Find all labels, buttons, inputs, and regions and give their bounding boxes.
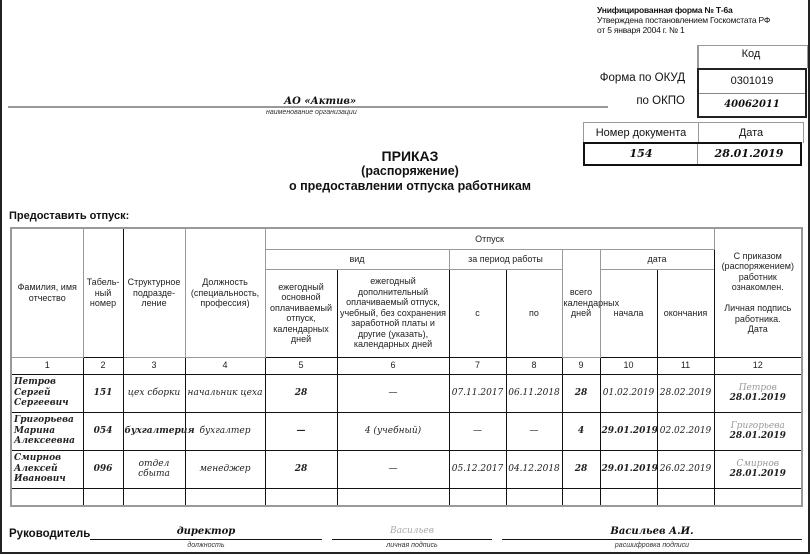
cell-annual-main[interactable]: —: [265, 412, 337, 450]
head-name[interactable]: Васильев А.И.: [502, 526, 802, 537]
cell-empty[interactable]: [449, 488, 506, 506]
header-ack-sig: Личная подпись работника.: [724, 303, 791, 324]
cell-annual-extra[interactable]: —: [337, 374, 449, 412]
col-num: 11: [657, 357, 714, 374]
cell-empty[interactable]: [714, 488, 802, 506]
grant-label: Предоставить отпуск:: [9, 210, 129, 222]
form-note: Унифицированная форма № Т-6а Утверждена …: [597, 5, 770, 35]
cell-annual-main[interactable]: 28: [265, 374, 337, 412]
employee-signature: Григорьева: [716, 421, 801, 432]
header-fio: Фамилия, имя отчество: [11, 228, 83, 357]
cell-end[interactable]: 28.02.2019: [657, 374, 714, 412]
vacation-table: Фамилия, имя отчество Табель-ный номер С…: [10, 227, 803, 507]
header-period: за период работы: [449, 249, 562, 269]
header-annual-extra: ежегодный дополнительный оплачиваемый от…: [337, 269, 449, 357]
col-num: 10: [600, 357, 657, 374]
codes-box: 0301019 40062011: [697, 68, 807, 118]
header-to: по: [506, 269, 562, 357]
cell-ack[interactable]: Григорьева28.01.2019: [714, 412, 802, 450]
col-num: 6: [337, 357, 449, 374]
cell-to[interactable]: —: [506, 412, 562, 450]
cell-tab-no[interactable]: 054: [83, 412, 123, 450]
cell-position[interactable]: начальник цеха: [185, 374, 265, 412]
cell-empty[interactable]: [123, 488, 185, 506]
cell-position[interactable]: бухгалтер: [185, 412, 265, 450]
cell-annual-main[interactable]: 28: [265, 450, 337, 488]
col-num: 5: [265, 357, 337, 374]
cell-tab-no[interactable]: 151: [83, 374, 123, 412]
col-num: 4: [185, 357, 265, 374]
head-label: Руководитель: [9, 528, 90, 540]
cell-ack[interactable]: Смирнов28.01.2019: [714, 450, 802, 488]
doc-number-label: Номер документа: [584, 123, 699, 143]
form-note-line2: Утверждена постановлением Госкомстата РФ: [597, 15, 770, 25]
cell-dept[interactable]: бухгалтерия: [123, 412, 185, 450]
cell-fio[interactable]: Смирнов Алексей Иванович: [11, 450, 83, 488]
doc-date-label: Дата: [699, 123, 803, 143]
col-num: 3: [123, 357, 185, 374]
col-num: 2: [83, 357, 123, 374]
header-ack-text: С приказом (распоряжением) работник озна…: [722, 251, 794, 293]
title-line3: о предоставлении отпуска работникам: [200, 179, 620, 194]
column-numbers-row: 1 2 3 4 5 6 7 8 9 10 11 12: [11, 357, 802, 374]
document-header: Номер документа Дата: [583, 122, 804, 143]
cell-empty[interactable]: [562, 488, 600, 506]
cell-fio[interactable]: Григорьева Марина Алексеевна: [11, 412, 83, 450]
page-title: ПРИКАЗ (распоряжение) о предоставлении о…: [200, 148, 620, 194]
name-line: [502, 539, 802, 540]
cell-annual-extra[interactable]: —: [337, 450, 449, 488]
table-row-empty: [11, 488, 802, 506]
col-num: 12: [714, 357, 802, 374]
okud-label: Форма по ОКУД: [560, 72, 685, 84]
table-row: Смирнов Алексей Иванович 096 отдел сбыта…: [11, 450, 802, 488]
header-from: с: [449, 269, 506, 357]
head-position[interactable]: директор: [90, 526, 322, 537]
cell-end[interactable]: 26.02.2019: [657, 450, 714, 488]
cell-end[interactable]: 02.02.2019: [657, 412, 714, 450]
okud-value[interactable]: 0301019: [699, 70, 805, 94]
sign-date: 28.01.2019: [716, 431, 801, 442]
cell-to[interactable]: 06.11.2018: [506, 374, 562, 412]
col-num: 8: [506, 357, 562, 374]
col-num: 1: [11, 357, 83, 374]
employee-signature: Смирнов: [716, 459, 801, 470]
cell-position[interactable]: менеджер: [185, 450, 265, 488]
table-row: Петров Сергей Сергеевич 151 цех сборки н…: [11, 374, 802, 412]
col-num: 9: [562, 357, 600, 374]
cell-to[interactable]: 04.12.2018: [506, 450, 562, 488]
cell-start[interactable]: 29.01.2019: [600, 450, 657, 488]
cell-empty[interactable]: [11, 488, 83, 506]
cell-start[interactable]: 29.01.2019: [600, 412, 657, 450]
head-signature[interactable]: Васильев: [332, 526, 492, 536]
form-note-line1: Унифицированная форма № Т-6а: [597, 5, 770, 15]
cell-dept[interactable]: цех сборки: [123, 374, 185, 412]
header-ack: С приказом (распоряжением) работник озна…: [714, 228, 802, 357]
cell-total-days[interactable]: 28: [562, 450, 600, 488]
cell-from[interactable]: 05.12.2017: [449, 450, 506, 488]
cell-empty[interactable]: [657, 488, 714, 506]
cell-dept[interactable]: отдел сбыта: [123, 450, 185, 488]
cell-start[interactable]: 01.02.2019: [600, 374, 657, 412]
header-kind: вид: [265, 249, 449, 269]
table-row: Григорьева Марина Алексеевна 054 бухгалт…: [11, 412, 802, 450]
header-tab-no: Табель-ный номер: [83, 228, 123, 357]
cell-empty[interactable]: [83, 488, 123, 506]
cell-empty[interactable]: [337, 488, 449, 506]
cell-total-days[interactable]: 28: [562, 374, 600, 412]
cell-from[interactable]: —: [449, 412, 506, 450]
header-position: Должность (специальность, профессия): [185, 228, 265, 357]
cell-annual-extra[interactable]: 4 (учебный): [337, 412, 449, 450]
organization-caption: наименование организации: [266, 109, 357, 116]
header-date: дата: [600, 249, 714, 269]
signature-line: [332, 539, 492, 540]
header-total-days: всего календарных дней: [562, 249, 600, 357]
cell-from[interactable]: 07.11.2017: [449, 374, 506, 412]
header-ack-date: Дата: [748, 324, 768, 334]
cell-empty[interactable]: [506, 488, 562, 506]
header-start: начала: [600, 269, 657, 357]
cell-ack[interactable]: Петров28.01.2019: [714, 374, 802, 412]
header-vacation: Отпуск: [265, 228, 714, 249]
okpo-value[interactable]: 40062011: [699, 94, 805, 117]
title-line1: ПРИКАЗ: [200, 148, 620, 164]
position-caption: должность: [90, 542, 322, 549]
organization-line: [8, 106, 608, 108]
cell-fio[interactable]: Петров Сергей Сергеевич: [11, 374, 83, 412]
cell-tab-no[interactable]: 096: [83, 450, 123, 488]
sign-date: 28.01.2019: [716, 393, 801, 404]
title-line2: (распоряжение): [200, 164, 620, 179]
sign-date: 28.01.2019: [716, 469, 801, 480]
form-note-line3: от 5 января 2004 г. № 1: [597, 25, 770, 35]
cell-empty[interactable]: [265, 488, 337, 506]
doc-date[interactable]: 28.01.2019: [698, 144, 800, 164]
name-caption: расшифровка подписи: [502, 542, 802, 549]
employee-signature: Петров: [716, 383, 801, 394]
code-header: Код: [697, 48, 805, 60]
cell-empty[interactable]: [185, 488, 265, 506]
header-annual-main: ежегодный основной оплачиваемый отпуск, …: [265, 269, 337, 357]
header-end: окончания: [657, 269, 714, 357]
signature-caption: личная подпись: [332, 542, 492, 549]
col-num: 7: [449, 357, 506, 374]
cell-empty[interactable]: [600, 488, 657, 506]
header-dept: Структурное подразде-ление: [123, 228, 185, 357]
position-line: [90, 539, 322, 540]
cell-total-days[interactable]: 4: [562, 412, 600, 450]
